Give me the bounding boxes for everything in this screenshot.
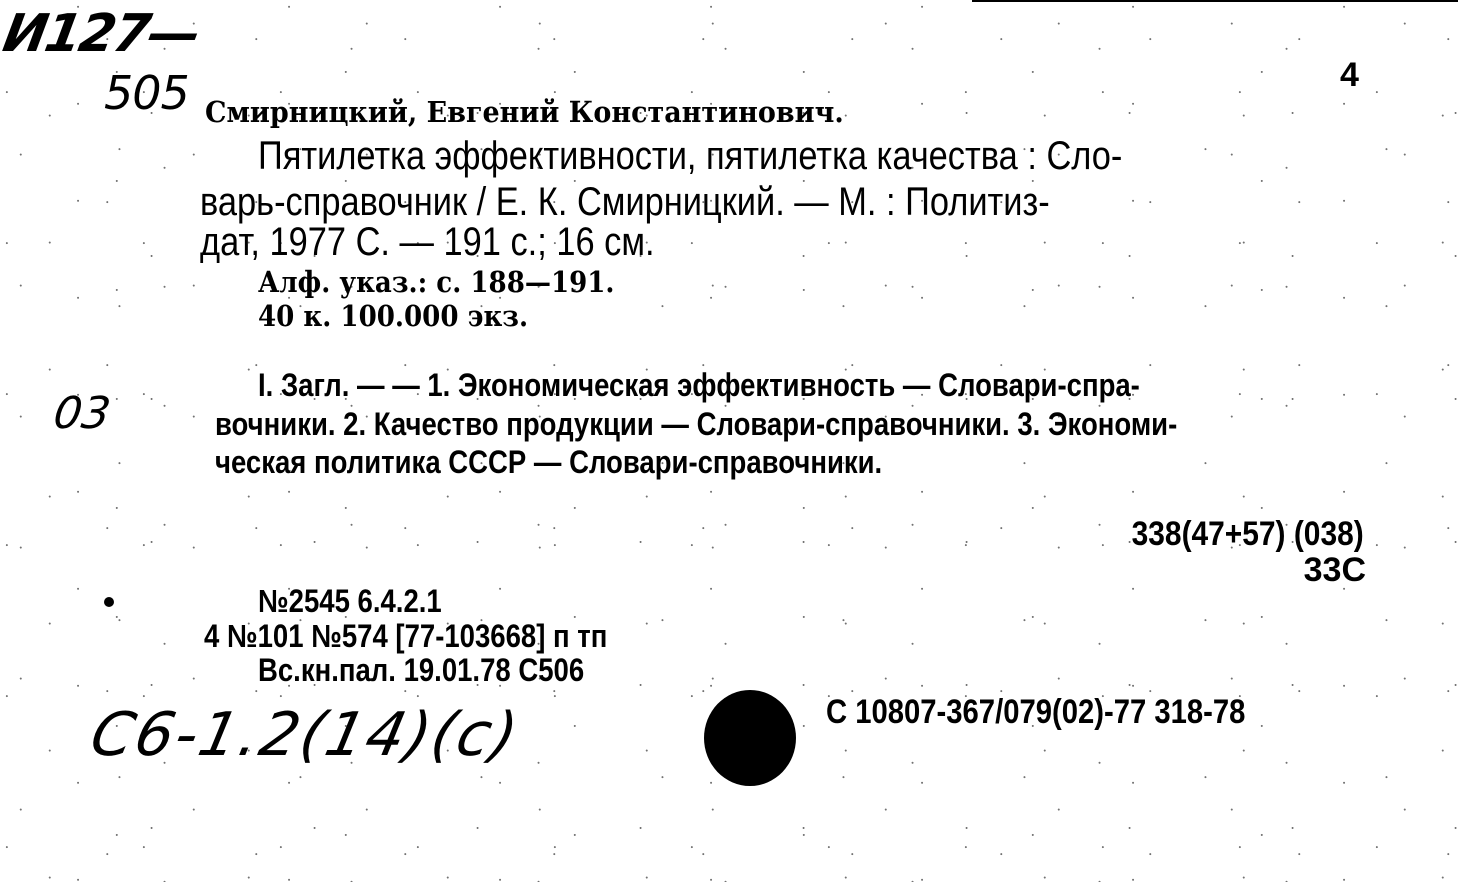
subject-headings-line-2: вочники. 2. Качество продукции — Словари…: [215, 406, 1177, 443]
technical-line-1: №2545 6.4.2.1: [258, 583, 442, 620]
title-line-2: варь-справочник / Е. К. Смирницкий. — М.…: [200, 180, 1050, 225]
index-note: Алф. указ.: с. 188—191.: [258, 265, 615, 299]
price-run-note: 40 к. 100.000 экз.: [258, 299, 528, 333]
catalog-code: С 10807-367/079(02)-77 318-78: [826, 693, 1245, 732]
title-line-1: Пятилетка эффективности, пятилетка качес…: [258, 134, 1122, 179]
subject-headings-line-1: I. Загл. — — 1. Экономическая эффективно…: [258, 367, 1140, 404]
bullet-mark-icon: [104, 597, 114, 607]
technical-line-3: Вс.кн.пал. 19.01.78 С506: [258, 652, 584, 689]
title-line-3: дат, 1977 С. — 191 с.; 16 см.: [200, 220, 655, 265]
subject-headings-line-3: ческая политика СССР — Словари-справочни…: [215, 444, 882, 481]
technical-line-2: 4 №101 №574 [77-103668] п тп: [204, 618, 607, 655]
punch-hole-icon: [704, 690, 796, 786]
handwritten-call-number-line2: 505: [104, 66, 189, 120]
classification-index: 338(47+57) (038): [1132, 515, 1364, 554]
handwritten-margin-code: 03: [50, 388, 113, 439]
card-top-border: [972, 0, 1458, 2]
handwritten-call-number-line1: И127—: [0, 4, 203, 64]
author-mark: 33С: [1304, 551, 1366, 590]
handwritten-bottom-code: C6-1.2(14)(c): [85, 700, 526, 770]
author-heading: Смирницкий, Евгений Константинович.: [205, 95, 844, 129]
card-number: 4: [1340, 56, 1359, 95]
